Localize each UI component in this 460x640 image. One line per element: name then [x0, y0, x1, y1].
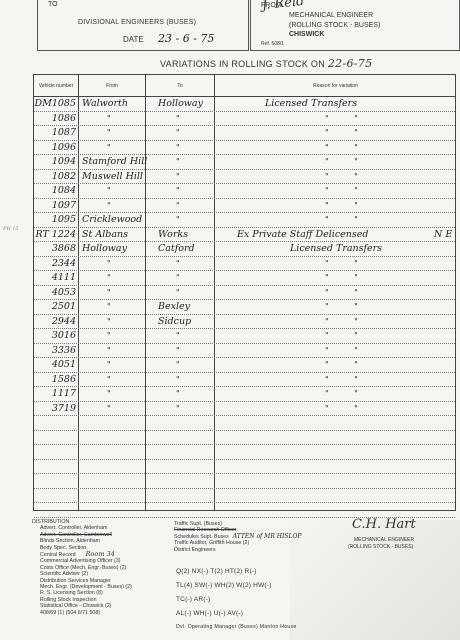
table-row: 1084""" ": [34, 184, 455, 199]
vehicle-number: 1086: [34, 112, 78, 127]
table-row: 1097""" ": [34, 199, 455, 214]
vehicle-number: [34, 416, 78, 431]
date-label: DATE: [123, 35, 144, 44]
reason-for-variation: [215, 416, 456, 431]
distribution-item-label: Financial Research Officer: [174, 527, 236, 533]
from-garage: [79, 460, 145, 475]
reference-number: Ref. 508/1: [261, 41, 284, 47]
from-garage: ": [79, 199, 145, 214]
table-row: [34, 416, 455, 431]
vehicle-number: 4111: [34, 271, 78, 286]
distribution-item-label: Traffic Auditor, Griffith House (2): [174, 540, 249, 546]
from-garage: [79, 431, 145, 446]
table-row: 1586""" ": [34, 373, 455, 388]
table-row: [34, 431, 455, 446]
reason-for-variation: " ": [215, 344, 456, 359]
table-row: 4053""" ": [34, 286, 455, 301]
to-garage: ": [146, 373, 214, 388]
table-row: 1096""" ": [34, 141, 455, 156]
distribution-right-column: Traffic Supt. (Buses)Financial Research …: [174, 521, 301, 553]
to-garage: ": [146, 213, 214, 228]
distribution-item-label: Scientific Adviser (2): [40, 571, 88, 577]
reason-for-variation: " ": [215, 300, 456, 315]
table-row: 1117""" ": [34, 387, 455, 402]
reason-for-variation: " ": [215, 402, 456, 417]
from-location: CHISWICK: [289, 31, 324, 38]
reason-for-variation: Licensed Transfers: [215, 242, 456, 257]
reason-for-variation: " ": [215, 155, 456, 170]
table-row: [34, 445, 455, 460]
to-garage: ": [146, 141, 214, 156]
to-garage: ": [146, 257, 214, 272]
table-row: 3719""" ": [34, 402, 455, 417]
reason-for-variation: " ": [215, 112, 456, 127]
distribution-item-label: Distribution Services Manager: [40, 578, 111, 584]
distribution-item-label: Commercial Advertising Officer (3): [40, 558, 121, 564]
reason-for-variation: [215, 503, 456, 518]
to-garage: ": [146, 170, 214, 185]
table-row: [34, 503, 455, 518]
attention-note: ATTEN of MR HISLOP: [233, 533, 302, 540]
to-garage: [146, 431, 214, 446]
table-row: 1087""" ": [34, 126, 455, 141]
to-garage: ": [146, 199, 214, 214]
reason-for-variation: " ": [215, 184, 456, 199]
vehicle-number: 1082: [34, 170, 78, 185]
table-row: 1095Cricklewood"" ": [34, 213, 455, 228]
distribution-item-label: Traffic Supt. (Buses): [174, 521, 222, 527]
vehicle-number: 2344: [34, 257, 78, 272]
to-garage: ": [146, 286, 214, 301]
to-recipient: DIVISIONAL ENGINEERS (BUSES): [78, 19, 196, 26]
signature-title: MECHANICAL ENGINEER: [354, 537, 414, 543]
vehicle-number: 1586: [34, 373, 78, 388]
distribution-item-label: Costs Office (Mech. Engr.-Buses) (2): [40, 565, 126, 571]
header-vehicle-number: Vehicle number: [38, 75, 74, 97]
handwritten-note: Room 34: [86, 550, 115, 558]
table-row: 1094Stamford Hill"" ": [34, 155, 455, 170]
memo-page: TO DIVISIONAL ENGINEERS (BUSES) DATE 23 …: [0, 0, 460, 640]
from-garage: [79, 474, 145, 489]
reason-for-variation: " ": [215, 126, 456, 141]
reason-for-variation: [215, 489, 456, 504]
table-row: 1082Muswell Hill"" ": [34, 170, 455, 185]
signature-block: C.H. Hart MECHANICAL ENGINEER (ROLLING S…: [344, 517, 454, 557]
from-garage: ": [79, 126, 145, 141]
table-row: 2944"Sidcup" ": [34, 315, 455, 330]
reason-for-variation: [215, 460, 456, 475]
vehicle-number: 2944: [34, 315, 78, 330]
distribution-item-label: R. S. Licensing Section (8): [40, 590, 103, 596]
reason-for-variation: " ": [215, 170, 456, 185]
from-garage: Cricklewood: [79, 213, 145, 228]
distribution-item-label: Advert. Controller, Aldenham: [40, 525, 107, 531]
to-garage: ": [146, 184, 214, 199]
distribution-item: District Engineers: [174, 547, 301, 553]
from-garage: ": [79, 112, 145, 127]
reason-for-variation: " ": [215, 373, 456, 388]
reason-for-variation: " ": [215, 141, 456, 156]
vehicle-number: [34, 460, 78, 475]
vehicle-number: 1087: [34, 126, 78, 141]
header-to: To: [146, 75, 214, 97]
vehicle-number: 1096: [34, 141, 78, 156]
to-garage: ": [146, 402, 214, 417]
from-garage: ": [79, 402, 145, 417]
from-garage: Walworth: [79, 97, 145, 112]
to-garage: ": [146, 271, 214, 286]
distribution-item-label: Central Record: [40, 552, 76, 558]
reason-for-variation: Licensed Transfers: [215, 97, 456, 112]
to-garage: ": [146, 358, 214, 373]
reason-for-variation: " ": [215, 315, 456, 330]
division-code: N E: [434, 228, 452, 243]
table-row: 1086""" ": [34, 112, 455, 127]
distribution-item-label: Blinds Section, Aldenham: [40, 538, 100, 544]
reason-for-variation: Ex Private Staff Delicensed: [215, 228, 456, 243]
vehicle-number: 4053: [34, 286, 78, 301]
from-garage: ": [79, 141, 145, 156]
to-garage: Works: [146, 228, 214, 243]
title-text: VARIATIONS IN ROLLING STOCK ON: [160, 59, 325, 69]
header-reason: Reason for variation: [215, 75, 456, 97]
to-garage: [146, 489, 214, 504]
table-row: 3868HollowayCatfordLicensed Transfers: [34, 242, 455, 257]
reason-for-variation: [215, 431, 456, 446]
vehicle-number: 3016: [34, 329, 78, 344]
vehicle-number: 2501: [34, 300, 78, 315]
distribution-item-label: 408/69 (1) (504 6/71 508): [40, 610, 100, 616]
from-garage: ": [79, 344, 145, 359]
date-value: 23 - 6 - 75: [158, 32, 214, 45]
from-department: MECHANICAL ENGINEER: [289, 12, 373, 19]
vehicle-number: [34, 474, 78, 489]
from-garage: ": [79, 300, 145, 315]
from-garage: ": [79, 286, 145, 301]
to-garage: ": [146, 112, 214, 127]
from-garage: ": [79, 315, 145, 330]
distribution-item-label: District Engineers: [174, 547, 216, 553]
to-garage: ": [146, 126, 214, 141]
district-code-line: Q(2) NX(-) T(2) HT(2) R(-): [176, 568, 257, 575]
vehicle-number: 1084: [34, 184, 78, 199]
table-row: 2501"Bexley" ": [34, 300, 455, 315]
margin-note: PH 15: [3, 226, 19, 232]
distribution-item-label: Rolling Stock Inspection: [40, 597, 97, 603]
title-date: 22-6-75: [328, 57, 373, 70]
to-label: TO: [48, 1, 58, 8]
from-garage: ": [79, 329, 145, 344]
table-row: 2344""" ": [34, 257, 455, 272]
from-garage: ": [79, 257, 145, 272]
from-garage: Holloway: [79, 242, 145, 257]
vehicle-number: [34, 445, 78, 460]
from-garage: ": [79, 373, 145, 388]
to-garage: ": [146, 387, 214, 402]
reason-for-variation: " ": [215, 286, 456, 301]
from-garage: [79, 445, 145, 460]
vehicle-number: [34, 503, 78, 518]
to-garage: ": [146, 155, 214, 170]
from-garage: ": [79, 184, 145, 199]
vehicle-number: [34, 431, 78, 446]
vehicle-number: 1094: [34, 155, 78, 170]
signature-division: (ROLLING STOCK - BUSES): [348, 544, 413, 550]
table-row: [34, 489, 455, 504]
to-garage: Holloway: [146, 97, 214, 112]
from-garage: St Albans: [79, 228, 145, 243]
table-row: [34, 474, 455, 489]
table-row: 4051""" ": [34, 358, 455, 373]
vehicle-number: 3719: [34, 402, 78, 417]
to-garage: [146, 416, 214, 431]
distribution-list: DISTRIBUTION Advert. Controller, Aldenha…: [32, 519, 132, 616]
from-garage: Stamford Hill: [79, 155, 145, 170]
vehicle-number: 3868: [34, 242, 78, 257]
district-code-line: TL(4) SW(-) WH(2) W(2) HW(-): [176, 582, 272, 589]
reason-for-variation: " ": [215, 199, 456, 214]
signature-scrawl: C.H. Hart: [352, 517, 416, 532]
to-garage: Sidcup: [146, 315, 214, 330]
district-code-line: AL(-) WH(-) U(-) AV(-): [176, 610, 243, 617]
vehicle-number: [34, 489, 78, 504]
table-row: DM1085WalworthHollowayLicensed Transfers: [34, 97, 455, 112]
distribution-item-label: Schedules Supt. Buses: [174, 534, 229, 540]
distribution-item: 408/69 (1) (504 6/71 508): [32, 610, 132, 616]
document-title: VARIATIONS IN ROLLING STOCK ON 22-6-75: [160, 57, 372, 70]
from-garage: [79, 416, 145, 431]
reason-for-variation: [215, 474, 456, 489]
from-garage: ": [79, 271, 145, 286]
from-garage: ": [79, 387, 145, 402]
distribution-item: Central RecordRoom 34: [32, 551, 132, 558]
to-garage: [146, 474, 214, 489]
to-garage: [146, 503, 214, 518]
reason-for-variation: " ": [215, 358, 456, 373]
to-garage: Bexley: [146, 300, 214, 315]
from-garage: [79, 489, 145, 504]
variations-table: Vehicle number From To Reason for variat…: [33, 74, 456, 511]
to-box: TO DIVISIONAL ENGINEERS (BUSES) DATE 23 …: [37, 0, 249, 51]
from-garage: Muswell Hill: [79, 170, 145, 185]
from-garage: [79, 503, 145, 518]
table-row: 3016""" ": [34, 329, 455, 344]
to-garage: Catford: [146, 242, 214, 257]
reason-for-variation: " ": [215, 271, 456, 286]
table-row: [34, 460, 455, 475]
vehicle-number: 1097: [34, 199, 78, 214]
vehicle-number: 1095: [34, 213, 78, 228]
header-from: From: [79, 75, 145, 97]
reason-for-variation: [215, 445, 456, 460]
from-garage: ": [79, 358, 145, 373]
vehicle-number: 1117: [34, 387, 78, 402]
to-garage: [146, 445, 214, 460]
table-row: 3336""" ": [34, 344, 455, 359]
to-garage: [146, 460, 214, 475]
distribution-item-label: Body Spec. Section,: [40, 545, 88, 551]
vehicle-number: 3336: [34, 344, 78, 359]
distribution-item-label: Advert. Controller, Camberwell: [40, 532, 112, 538]
table-header: Vehicle number From To Reason for variat…: [34, 75, 455, 97]
distribution-item-label: Statistical Office - Chiswick (2): [40, 603, 111, 609]
vehicle-number: DM1085: [34, 97, 78, 112]
vehicle-number: 4051: [34, 358, 78, 373]
distribution-item-label: Mech. Engr. (Development - Buses) (2): [40, 584, 132, 590]
distribution-footer: Dvl. Operating Manager (Buses) Manton Ho…: [176, 624, 296, 630]
table-row: 4111""" ": [34, 271, 455, 286]
to-garage: ": [146, 329, 214, 344]
vehicle-number: RT 1224: [34, 228, 78, 243]
table-row: RT 1224St AlbansWorksEx Private Staff De…: [34, 228, 455, 243]
reason-for-variation: " ": [215, 387, 456, 402]
reason-for-variation: " ": [215, 213, 456, 228]
reason-for-variation: " ": [215, 257, 456, 272]
to-garage: ": [146, 344, 214, 359]
from-division: (ROLLING STOCK - BUSES): [289, 22, 380, 29]
district-code-line: TC(-) AR(-): [176, 596, 210, 603]
distribution-left-column: Advert. Controller, AldenhamAdvert. Cont…: [32, 525, 132, 616]
reason-for-variation: " ": [215, 329, 456, 344]
